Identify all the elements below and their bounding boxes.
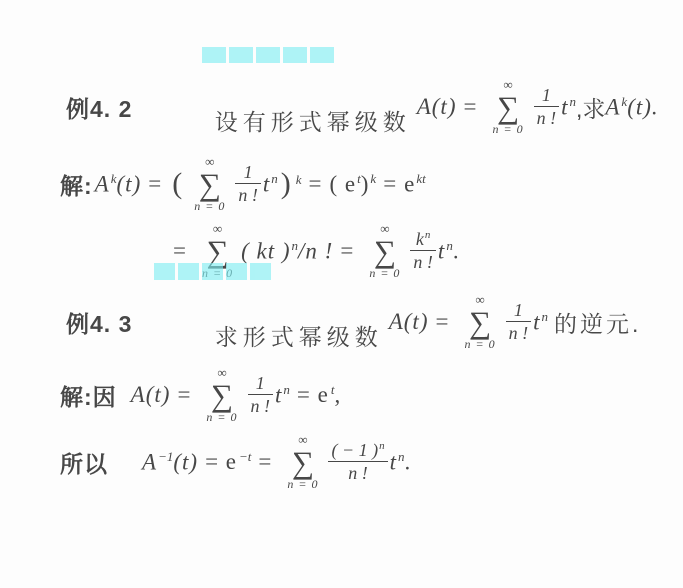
fraction-numerator: 1 — [241, 162, 256, 183]
highlight-block — [202, 263, 223, 280]
sigma-icon: ∑ — [292, 447, 314, 478]
close-paren: ) — [361, 171, 370, 196]
intro-text-1: 设有形式幂级数 — [215, 109, 411, 135]
fraction-numerator: 1 — [253, 373, 268, 394]
equals-sign: = — [435, 309, 449, 335]
sigma-icon: ∑ — [199, 169, 221, 200]
slash-n-factorial: /n ! — [298, 238, 333, 263]
exponent-t-comma: t, — [330, 382, 341, 409]
equals-sign: = — [258, 449, 272, 475]
highlight-block — [283, 47, 307, 63]
fraction-1-over-n-factorial: 1 n ! — [534, 85, 560, 128]
paren-minus-1: ( − 1 ) — [331, 440, 378, 460]
fraction-denominator: n ! — [235, 183, 261, 206]
paren-t: (t) — [117, 171, 142, 196]
exponent-minus-t: −t — [238, 449, 251, 476]
solution-4-3-line-1: 解:因 A(t) = ∞ ∑ n = 0 1 n ! tn = e t, — [60, 364, 341, 426]
exponent-n: n — [379, 440, 385, 452]
sum-lower-limit: n = 0 — [287, 478, 318, 491]
fraction-1-over-n-factorial: 1 n ! — [235, 162, 261, 205]
paren-t: (t) — [173, 449, 198, 474]
period: . — [453, 238, 460, 263]
example-4-2-label: 例4. 2 — [66, 91, 132, 124]
term-t-to-n: tn — [275, 382, 290, 409]
term-t-to-n: tn — [533, 309, 548, 336]
term-t-to-n-period: tn. — [438, 238, 460, 265]
fraction-k-to-n-over-n-factorial: kn n ! — [410, 229, 436, 272]
therefore-label: 所以 — [60, 446, 108, 479]
exponent-minus-1: −1 — [158, 449, 173, 464]
exponent-n: n — [541, 309, 548, 324]
example-4-3-statement: 例4. 3 求形式幂级数 A(t) = ∞ ∑ n = 0 1 n ! tn 的… — [66, 291, 641, 353]
equals-sign: = — [173, 238, 187, 264]
equals-sign: = — [383, 171, 397, 197]
comma-qiu-text: ,求 — [576, 91, 605, 124]
summation-symbol: ∞ ∑ n = 0 — [287, 433, 318, 490]
fraction-denominator: n ! — [534, 106, 560, 129]
equals-sign: = — [148, 171, 162, 197]
period: . — [405, 449, 412, 474]
sum-lower-limit: n = 0 — [194, 200, 225, 213]
equals-e: = e — [205, 449, 237, 475]
fraction-1-over-n-factorial: 1 n ! — [506, 300, 532, 343]
term-t-to-n-period: tn. — [390, 449, 412, 476]
fraction-minus-1-to-n-over-n-factorial: ( − 1 )n n ! — [328, 440, 387, 483]
fraction-numerator: kn — [413, 229, 434, 250]
formula-A-of-t: A(t) — [389, 309, 429, 335]
formula-A-inverse-of-t: A−1(t) — [142, 449, 198, 476]
summation-symbol: ∞ ∑ n = 0 — [464, 293, 495, 350]
term-e-to-kt: ekt — [404, 171, 426, 198]
t-variable: t — [390, 449, 397, 474]
highlight-block — [226, 263, 247, 280]
equals-sign: = — [177, 382, 191, 408]
sum-lower-limit: n = 0 — [464, 338, 495, 351]
k-variable: k — [416, 229, 424, 249]
highlight-block — [256, 47, 280, 63]
solution-4-3-line-2: 所以 A−1(t) = e −t = ∞ ∑ n = 0 ( − 1 )n n … — [60, 431, 411, 493]
sum-lower-limit: n = 0 — [492, 123, 523, 136]
exponent-n: n — [283, 382, 290, 397]
solution-because-label: 解:因 — [60, 379, 117, 412]
exponent-k: k — [370, 171, 376, 186]
fraction-numerator: 1 — [511, 300, 526, 321]
textbook-scan-page: 例4. 2 设有形式幂级数 A(t) = ∞ ∑ n = 0 1 n ! tn … — [0, 0, 683, 588]
formula-A-to-k-of-t: Ak(t) — [95, 171, 142, 198]
sigma-icon: ∑ — [211, 380, 233, 411]
summation-symbol: ∞ ∑ n = 0 — [206, 366, 237, 423]
solution-4-2-line-1: 解: Ak(t) = ( ∞ ∑ n = 0 1 n ! tn )k = ( e… — [60, 153, 426, 215]
A-variable: A — [142, 449, 157, 474]
exponent-k: k — [296, 172, 302, 187]
solution-label: 解: — [60, 168, 93, 201]
highlight-block — [154, 263, 175, 280]
paren-t-period: (t). — [627, 94, 658, 119]
summation-symbol: ∞ ∑ n = 0 — [492, 78, 523, 135]
t-variable: t — [533, 309, 540, 334]
highlight-block — [202, 47, 226, 63]
highlight-block — [178, 263, 199, 280]
exponent-minus-t-value: −t — [239, 449, 251, 464]
cyan-highlight-marks-2 — [154, 263, 271, 280]
fraction-1-over-n-factorial: 1 n ! — [248, 373, 274, 416]
sigma-icon: ∑ — [469, 307, 491, 338]
summation-symbol: ∞ ∑ n = 0 — [194, 155, 225, 212]
A-variable: A — [605, 94, 620, 119]
formula-A-of-t: A(t) — [417, 94, 457, 120]
example-4-2-intro-text: 设有形式幂级数 — [146, 50, 410, 164]
highlight-block — [250, 263, 271, 280]
formula-A-of-t: A(t) — [131, 382, 171, 408]
A-variable: A — [95, 171, 110, 196]
equals-e: = e — [297, 382, 329, 408]
sigma-icon: ∑ — [374, 236, 396, 267]
e-constant: e — [404, 171, 415, 196]
fraction-denominator: n ! — [328, 461, 387, 484]
cyan-highlight-marks-1 — [202, 47, 334, 63]
term-e-to-t-parenthesized: ( et)k — [329, 171, 376, 198]
exponent-n: n — [425, 229, 431, 241]
comma: , — [334, 382, 341, 407]
example-4-3-label: 例4. 3 — [66, 306, 132, 339]
right-paren-to-k: )k — [278, 167, 302, 201]
exponent-kt: kt — [416, 171, 425, 186]
fraction-denominator: n ! — [506, 321, 532, 344]
equals-sign: = — [340, 238, 354, 264]
term-kt-to-n-over-n-factorial: ( kt )n/n ! — [241, 238, 333, 265]
left-paren: ( — [172, 167, 183, 201]
t-variable: t — [275, 382, 282, 407]
paren-kt: ( kt ) — [241, 238, 290, 263]
term-t-to-n: tn — [263, 171, 278, 198]
t-variable: t — [263, 171, 270, 196]
t-variable: t — [438, 238, 445, 263]
sigma-icon: ∑ — [497, 92, 519, 123]
fraction-numerator: 1 — [539, 85, 554, 106]
highlight-block — [229, 47, 253, 63]
open-paren-e: ( e — [329, 171, 356, 196]
equals-sign: = — [309, 171, 323, 197]
intro-text-2: 求形式幂级数 — [215, 324, 383, 350]
formula-A-to-k-of-t: Ak(t). — [605, 94, 658, 121]
fraction-numerator: ( − 1 )n — [328, 440, 387, 461]
highlight-block — [310, 47, 334, 63]
term-t-to-n: tn — [561, 94, 576, 121]
fraction-denominator: n ! — [248, 394, 274, 417]
example-4-3-intro-text: 求形式幂级数 — [146, 265, 382, 379]
t-variable: t — [561, 94, 568, 119]
sum-lower-limit: n = 0 — [206, 411, 237, 424]
equals-sign: = — [463, 94, 477, 120]
fraction-denominator: n ! — [410, 250, 436, 273]
inverse-element-text: 的逆元. — [554, 306, 641, 339]
example-4-2-statement: 例4. 2 设有形式幂级数 A(t) = ∞ ∑ n = 0 1 n ! tn … — [66, 76, 659, 138]
right-paren: ) — [281, 167, 292, 200]
